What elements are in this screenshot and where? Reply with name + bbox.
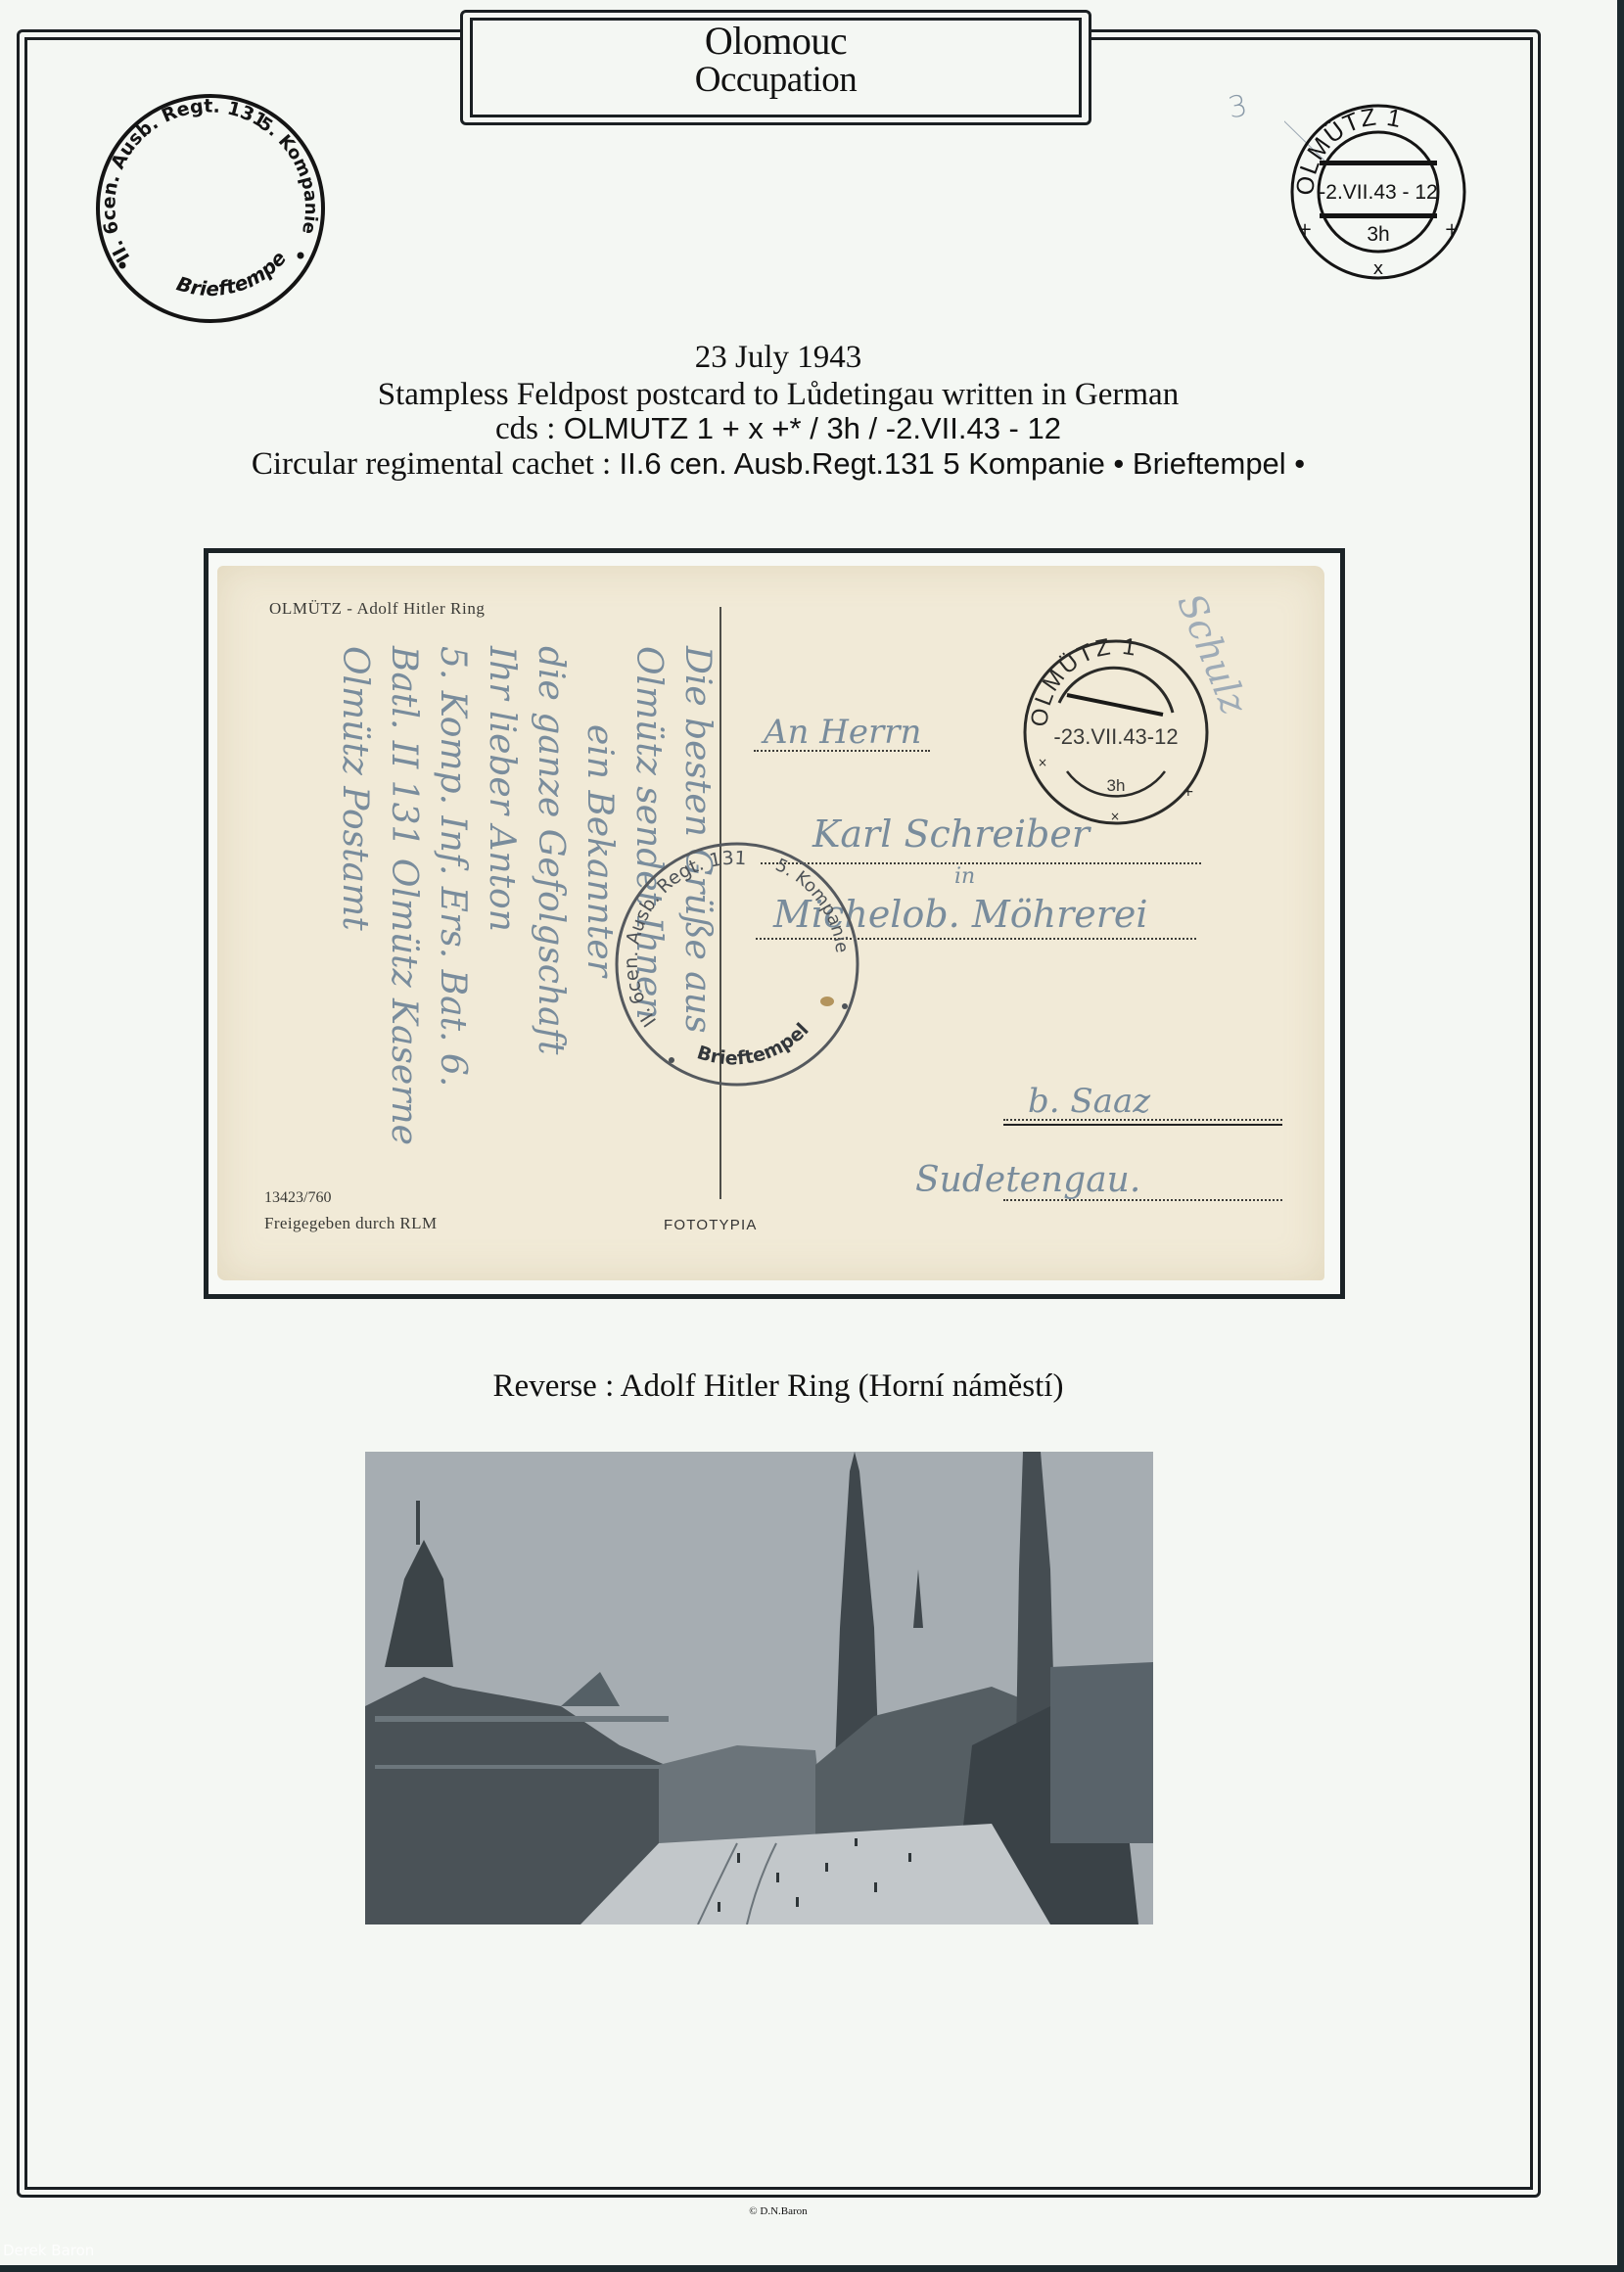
postcard-postmark-date: -23.VII.43-12 xyxy=(1053,724,1178,749)
town-square-illustration xyxy=(365,1452,1153,1924)
message-line: Batl. II 131 Olmütz Kaserne xyxy=(386,646,421,1145)
postmark-date: -2.VII.43 - 12 xyxy=(1319,181,1437,204)
postcard-cachet: II. 6cen. Ausb. Regt. 131 5. Kompanie Br… xyxy=(613,840,861,1089)
watermark: Derek Baron xyxy=(3,2242,94,2259)
cds-postmark-drawing: OLMÜTZ 1 -2.VII.43 - 12 3h + x + xyxy=(1284,98,1472,286)
postcard-publisher: FOTOTYPIA xyxy=(664,1217,758,1233)
scan-edge-right xyxy=(1617,0,1624,2272)
postcard-postmark: OLMÜTZ 1 -23.VII.43-12 3h × + × xyxy=(1018,634,1214,830)
postcard-postmark-hour: 3h xyxy=(1107,776,1126,795)
page-title: Olomouc Occupation xyxy=(470,22,1082,100)
postcard-cachet-top: II. 6cen. Ausb. Regt. 131 xyxy=(621,848,747,1031)
address-salutation: An Herrn xyxy=(764,713,921,752)
message-line: Olmütz Postamt xyxy=(337,646,372,931)
cachet-description: Circular regimental cachet : II.6 cen. A… xyxy=(29,446,1527,483)
reverse-caption: Reverse : Adolf Hitler Ring (Horní náměs… xyxy=(29,1368,1527,1405)
scan-edge-bottom xyxy=(0,2265,1624,2272)
cachet-label: Circular regimental cachet : xyxy=(252,446,620,482)
cachet-top-text: II. 6cen. Ausb. Regt. 131 xyxy=(98,96,270,266)
postcard-approval: Freigegeben durch RLM xyxy=(264,1214,437,1233)
postmark-marker-right: + xyxy=(1444,219,1459,240)
message-line: ein Bekannter xyxy=(581,724,617,977)
svg-text:+: + xyxy=(1183,784,1194,800)
cachet-right-text: 5. Kompanie xyxy=(255,113,321,236)
title-city: Olomouc xyxy=(470,22,1082,61)
copyright: © D.N.Baron xyxy=(29,2205,1527,2217)
title-subject: Occupation xyxy=(470,61,1082,100)
address-town: b. Saaz xyxy=(1028,1082,1150,1121)
svg-text:Brieftempel: Brieftempel xyxy=(694,1019,812,1069)
postcard-number: 13423/760 xyxy=(264,1189,331,1207)
postmark-marker-left: + xyxy=(1297,219,1312,240)
svg-text:5. Kompanie: 5. Kompanie xyxy=(255,113,321,236)
message-line: die ganze Gefolgschaft xyxy=(533,646,568,1054)
address-line-4-underline xyxy=(1003,1124,1282,1126)
postmark-marker-bottom: x xyxy=(1373,258,1384,279)
cachet-value: II.6 cen. Ausb.Regt.131 5 Kompanie • Bri… xyxy=(619,446,1305,481)
postcard-caption: OLMÜTZ - Adolf Hitler Ring xyxy=(269,599,486,619)
cds-description: cds : OLMUTZ 1 + x +* / 3h / -2.VII.43 -… xyxy=(29,411,1527,447)
svg-text:II. 6cen. Ausb. Regt. 131: II. 6cen. Ausb. Regt. 131 xyxy=(98,96,270,266)
postcard-postmark-town: OLMÜTZ 1 xyxy=(1026,634,1139,728)
address-region: Sudetengau. xyxy=(915,1160,1140,1200)
reverse-photo xyxy=(365,1452,1153,1924)
svg-text:×: × xyxy=(1110,810,1120,823)
svg-text:×: × xyxy=(1038,756,1047,769)
card-stain xyxy=(820,997,834,1006)
svg-text:II. 6cen. Ausb. Regt. 131: II. 6cen. Ausb. Regt. 131 xyxy=(621,848,747,1031)
message-line: Ihr lieber Anton xyxy=(484,646,519,932)
cds-value: OLMUTZ 1 + x +* / 3h / -2.VII.43 - 12 xyxy=(564,411,1061,445)
postmark-hour: 3h xyxy=(1367,223,1389,246)
postcard-cachet-bottom: Brieftempel xyxy=(694,1019,812,1069)
item-description: Stampless Feldpost postcard to Lůdetinga… xyxy=(29,377,1527,413)
cds-label: cds : xyxy=(495,411,564,446)
regimental-cachet-drawing: II. 6cen. Ausb. Regt. 131 5. Kompanie Br… xyxy=(93,91,328,326)
item-date: 23 July 1943 xyxy=(29,340,1527,376)
svg-text:OLMÜTZ 1: OLMÜTZ 1 xyxy=(1026,634,1139,728)
message-line: 5. Komp. Inf. Ers. Bat. 6. xyxy=(435,646,470,1087)
address-in: in xyxy=(954,864,975,889)
